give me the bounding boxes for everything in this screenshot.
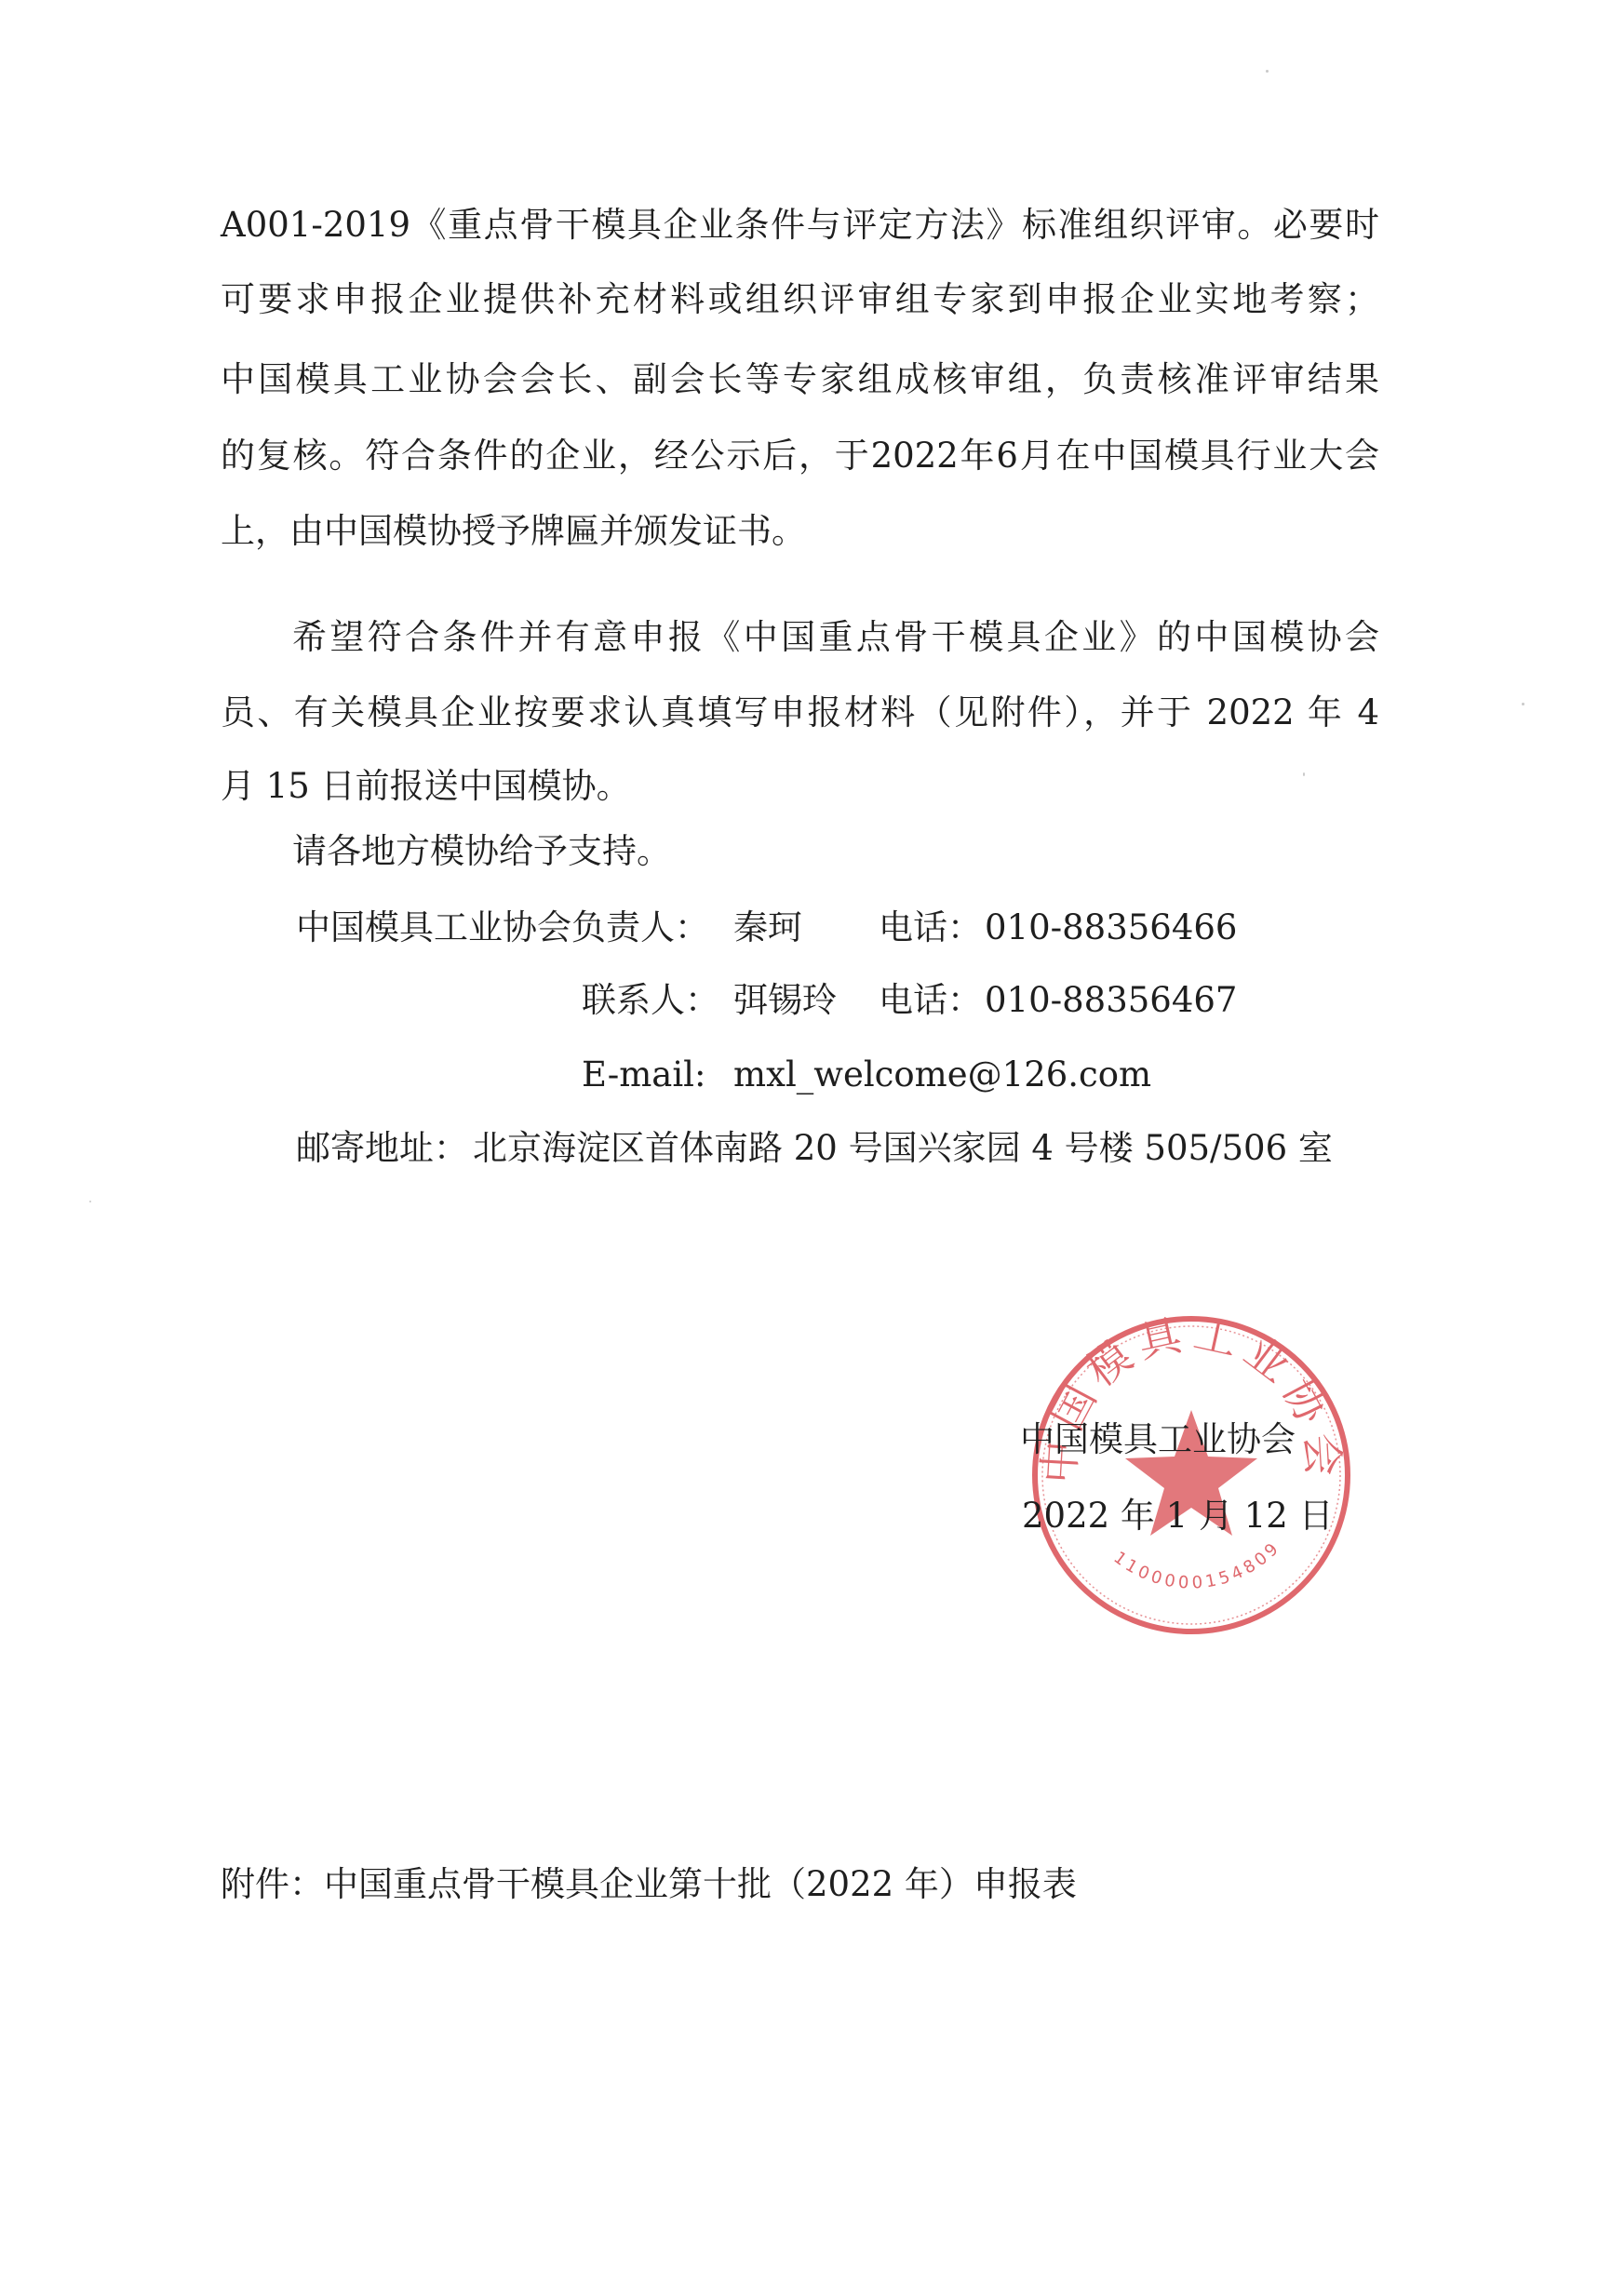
address-row: 邮寄地址： 北京海淀区首体南路 20 号国兴家园 4 号楼 505/506 室 <box>296 1125 1366 1172</box>
svg-text:1100000154809: 1100000154809 <box>1109 1537 1284 1593</box>
body-line: 中国模具工业协会会长、副会长等专家组成核审组，负责核准评审结果 <box>221 356 1379 403</box>
contact-person-label: 联系人： <box>582 977 719 1024</box>
body-line: 可要求申报企业提供补充材料或组织评审组专家到申报企业实地考察； <box>221 276 1379 323</box>
phone-number: 010-88356467 <box>985 977 1237 1024</box>
address-label: 邮寄地址： <box>296 1125 468 1172</box>
phone-number: 010-88356466 <box>985 905 1237 951</box>
scan-speck <box>1303 772 1305 776</box>
signature-organization: 中国模具工业协会 <box>1020 1417 1296 1463</box>
body-line: A001-2019《重点骨干模具企业条件与评定方法》标准组织评审。必要时 <box>221 202 1379 248</box>
email-row: E-mail: mxl_welcome@126.com <box>296 1052 1320 1098</box>
official-seal-icon: 中国模具工业协会 1100000154809 <box>1028 1312 1354 1638</box>
body-line: 月 15 日前报送中国模协。 <box>221 763 631 810</box>
contact-person-row: 联系人： 弭锡玲 电话： 010-88356467 <box>296 977 1320 1024</box>
signature-date: 2022 年 1 月 12 日 <box>1022 1493 1334 1539</box>
contact-head-row: 中国模具工业协会负责人： 秦珂 电话： 010-88356466 <box>296 905 1320 951</box>
body-line: 希望符合条件并有意申报《中国重点骨干模具企业》的中国模协会 <box>292 614 1379 661</box>
body-line: 请各地方模协给予支持。 <box>292 828 671 875</box>
body-line: 员、有关模具企业按要求认真填写申报材料（见附件），并于 2022 年 4 <box>221 690 1379 736</box>
scan-speck <box>89 1201 91 1202</box>
email-label: E-mail: <box>582 1052 705 1098</box>
attachment-note[interactable]: 附件：中国重点骨干模具企业第十批（2022 年）申报表 <box>221 1861 1077 1908</box>
body-line: 上，由中国模协授予牌匾并颁发证书。 <box>221 508 806 555</box>
phone-label: 电话： <box>879 905 982 951</box>
contact-head-label: 中国模具工业协会负责人： <box>296 905 709 951</box>
scan-speck <box>1266 70 1269 73</box>
document-page: A001-2019《重点骨干模具企业条件与评定方法》标准组织评审。必要时 可要求… <box>0 0 1598 2296</box>
scan-speck <box>1522 703 1524 705</box>
contact-head-name: 秦珂 <box>733 905 802 951</box>
address-value: 北京海淀区首体南路 20 号国兴家园 4 号楼 505/506 室 <box>473 1125 1333 1172</box>
email-address[interactable]: mxl_welcome@126.com <box>733 1052 1151 1098</box>
phone-label: 电话： <box>879 977 982 1024</box>
contact-person-name: 弭锡玲 <box>733 977 837 1024</box>
body-line: 的复核。符合条件的企业，经公示后，于2022年6月在中国模具行业大会 <box>221 433 1379 479</box>
